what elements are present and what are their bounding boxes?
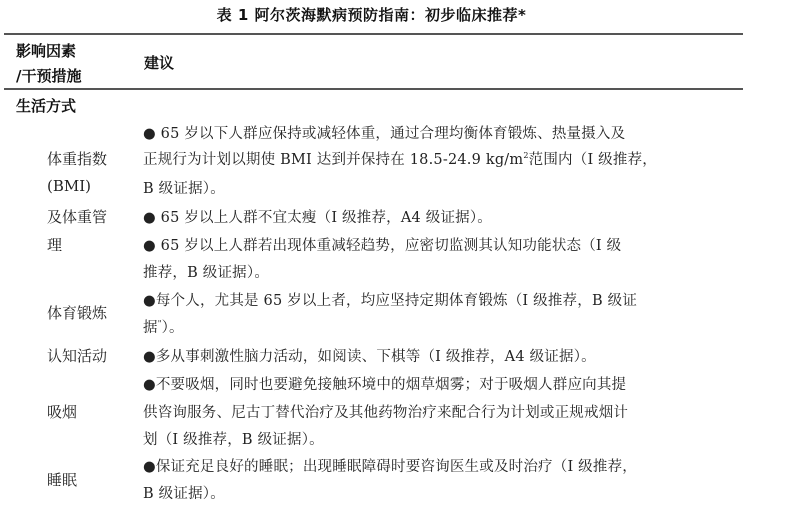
header-factor-line1: 影响因素 (16, 40, 76, 61)
factor-label: 理 (47, 234, 62, 255)
recommendation-line: ● 65 岁以下人群应保持或减轻体重，通过合理均衡体育锻炼、热量摄入及 (143, 122, 625, 143)
recommendation-line: ● 65 岁以上人群若出现体重减轻趋势，应密切监测其认知功能状态（I 级 (143, 234, 621, 255)
recommendation-line: B 级证据）。 (143, 482, 225, 503)
top-rule (4, 33, 743, 35)
factor-label: 认知活动 (47, 345, 107, 366)
recommendation-line: ●保证充足良好的睡眠；出现睡眠障碍时要咨询医生或及时治疗（I 级推荐， (143, 455, 637, 476)
factor-label: 体重指数 (47, 148, 107, 169)
recommendation-line: ●每个人，尤其是 65 岁以上者，均应坚持定期体育锻炼（I 级推荐，B 级证 (143, 289, 637, 310)
factor-label: 睡眠 (47, 469, 77, 490)
factor-label: (BMI) (47, 177, 91, 195)
section-lifestyle: 生活方式 (16, 95, 76, 116)
recommendation-line: ●多从事刺激性脑力活动，如阅读、下棋等（I 级推荐，A4 级证据）。 (143, 345, 596, 366)
recommendation-line: 正规行为计划以期使 BMI 达到并保持在 18.5-24.9 kg/m2范围内（… (143, 148, 657, 169)
header-recommendation: 建议 (144, 52, 174, 73)
recommendation-line: 据"）。 (143, 316, 184, 337)
recommendation-line: 推荐，B 级证据）。 (143, 261, 269, 282)
factor-label: 及体重管 (47, 206, 107, 227)
header-factor-line2: /干预措施 (16, 65, 81, 86)
recommendation-line: B 级证据）。 (143, 177, 225, 198)
factor-label: 体育锻炼 (47, 302, 107, 323)
recommendation-line: 供咨询服务、尼古丁替代治疗及其他药物治疗来配合行为计划或正规戒烟计 (143, 401, 628, 422)
recommendation-line: ● 65 岁以上人群不宜太瘦（I 级推荐，A4 级证据）。 (143, 206, 492, 227)
recommendation-line: ●不要吸烟，同时也要避免接触环境中的烟草烟雾；对于吸烟人群应向其提 (143, 373, 626, 394)
header-rule (4, 88, 743, 90)
table-title: 表 1 阿尔茨海默病预防指南：初步临床推荐* (0, 4, 743, 25)
factor-label: 吸烟 (47, 401, 77, 422)
recommendation-line: 划（I 级推荐，B 级证据）。 (143, 428, 324, 449)
